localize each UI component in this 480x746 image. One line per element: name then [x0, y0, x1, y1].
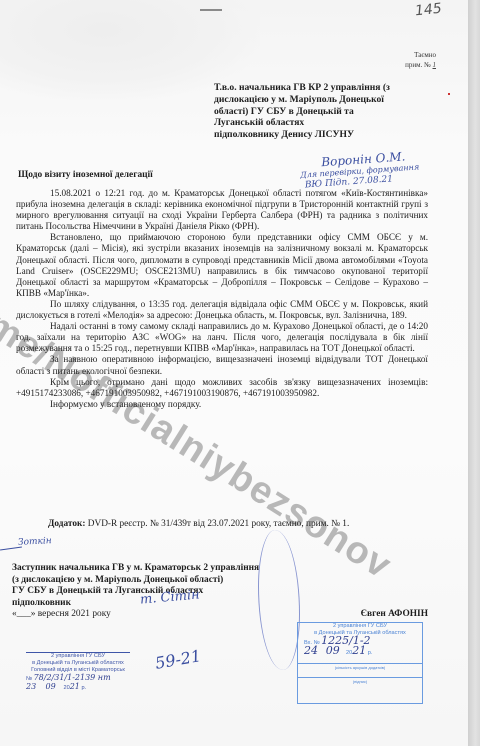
document-body: 15.08.2021 о 12:21 год. до м. Краматорсь…: [16, 188, 428, 410]
paragraph: За наявною оперативною інформацією, вище…: [16, 354, 428, 376]
signer-block: Заступник начальника ГВ у м. Краматорськ…: [12, 563, 432, 621]
signer-rank: підполковник: [12, 598, 432, 610]
handwritten-resolution: Воронін О.М. Для перевірки, формування В…: [289, 147, 476, 193]
paragraph: Встановлено, що приймаючою стороною були…: [16, 232, 428, 299]
paragraph: Інформуємо у встановленому порядку.: [16, 399, 428, 410]
document-page: 145 Таємно прим. № 1 Т.в.о. начальника Г…: [0, 0, 468, 746]
signer-position: Заступник начальника ГВ у м. Краматорськ…: [12, 563, 432, 575]
handwritten-signature-top-left: Зоткін: [18, 536, 52, 548]
stamp-date-year: 21: [352, 644, 366, 657]
signer-name: Євген АФОНІН: [361, 609, 428, 621]
appendix-line: Додаток: DVD-R реєстр. № 31/439т від 23.…: [48, 519, 349, 529]
classification-label: Таємно: [405, 50, 436, 60]
stamp-date-row: 24 09 2021 р.: [298, 647, 422, 657]
addressee-line: Т.в.о. начальника ГВ КР 2 управління (з: [214, 82, 434, 94]
addressee-block: Т.в.о. начальника ГВ КР 2 управління (з …: [214, 82, 434, 141]
stamp-date-day: 23: [26, 682, 36, 691]
stamp-number-value: 78/2/31/1-2139 нт: [34, 673, 111, 682]
copy-mark: 1: [433, 61, 437, 69]
addressee-line: Луганській областях: [214, 117, 434, 129]
document-subject: Щодо візиту іноземної делегації: [18, 170, 153, 180]
addressee-line: дислокацією у м. Маріуполь Донецької: [214, 94, 434, 106]
stamp-date-suffix: р.: [81, 685, 86, 691]
scan-edge: [468, 0, 480, 746]
paragraph: 15.08.2021 о 12:21 год. до м. Краматорсь…: [16, 188, 428, 232]
folio-number: 145: [415, 1, 443, 20]
appendix-label: Додаток:: [48, 519, 85, 529]
paragraph: Крім цього, отримано дані щодо можливих …: [16, 377, 428, 399]
copy-number: прим. № 1: [405, 60, 436, 70]
addressee-line: області) ГУ СБУ в Донецькій та: [214, 106, 434, 118]
stamp-date-row: 23 09 2021 р.: [26, 683, 130, 692]
stamp-line: 2 управління ГУ СБУ: [298, 623, 422, 630]
appendix-text: DVD-R реєстр. № 31/439т від 23.07.2021 р…: [88, 519, 350, 529]
stamp-date-year: 21: [70, 682, 80, 691]
signer-position: ГУ СБУ в Донецькій та Луганській областя…: [12, 586, 432, 598]
addressee-name: підполковнику Денису ЛІСУНУ: [214, 129, 434, 141]
classification-block: Таємно прим. № 1: [405, 50, 436, 70]
signer-position: (з дислокацією у м. Маріуполь Донецької …: [12, 575, 432, 587]
stamp-date-month: 09: [326, 644, 340, 657]
stamp-footer: (підпис): [298, 677, 422, 685]
incoming-registration-stamp: 2 управління ГУ СБУ в Донецькій та Луган…: [297, 622, 423, 704]
outgoing-registration-stamp: 2 управління ГУ СБУ в Донецькій та Луган…: [26, 652, 130, 692]
stamp-line: в Донецькій та Луганській областях: [26, 660, 130, 667]
stamp-date-month: 09: [46, 682, 56, 691]
copy-label: прим. №: [405, 61, 431, 69]
stamp-line: 2 управління ГУ СБУ: [26, 653, 130, 660]
paragraph: Надалі останні в тому самому складі напр…: [16, 321, 428, 354]
paragraph: По шляху слідування, о 13:35 год. делега…: [16, 299, 428, 321]
stamp-date-suffix: р.: [368, 650, 373, 656]
stamp-footer: (кількість аркушів додатків): [298, 663, 422, 671]
executor-number: 59-21: [154, 646, 203, 673]
stamp-date-day: 24: [304, 644, 318, 657]
staple-mark: [200, 9, 222, 11]
ink-dot: [448, 93, 450, 95]
